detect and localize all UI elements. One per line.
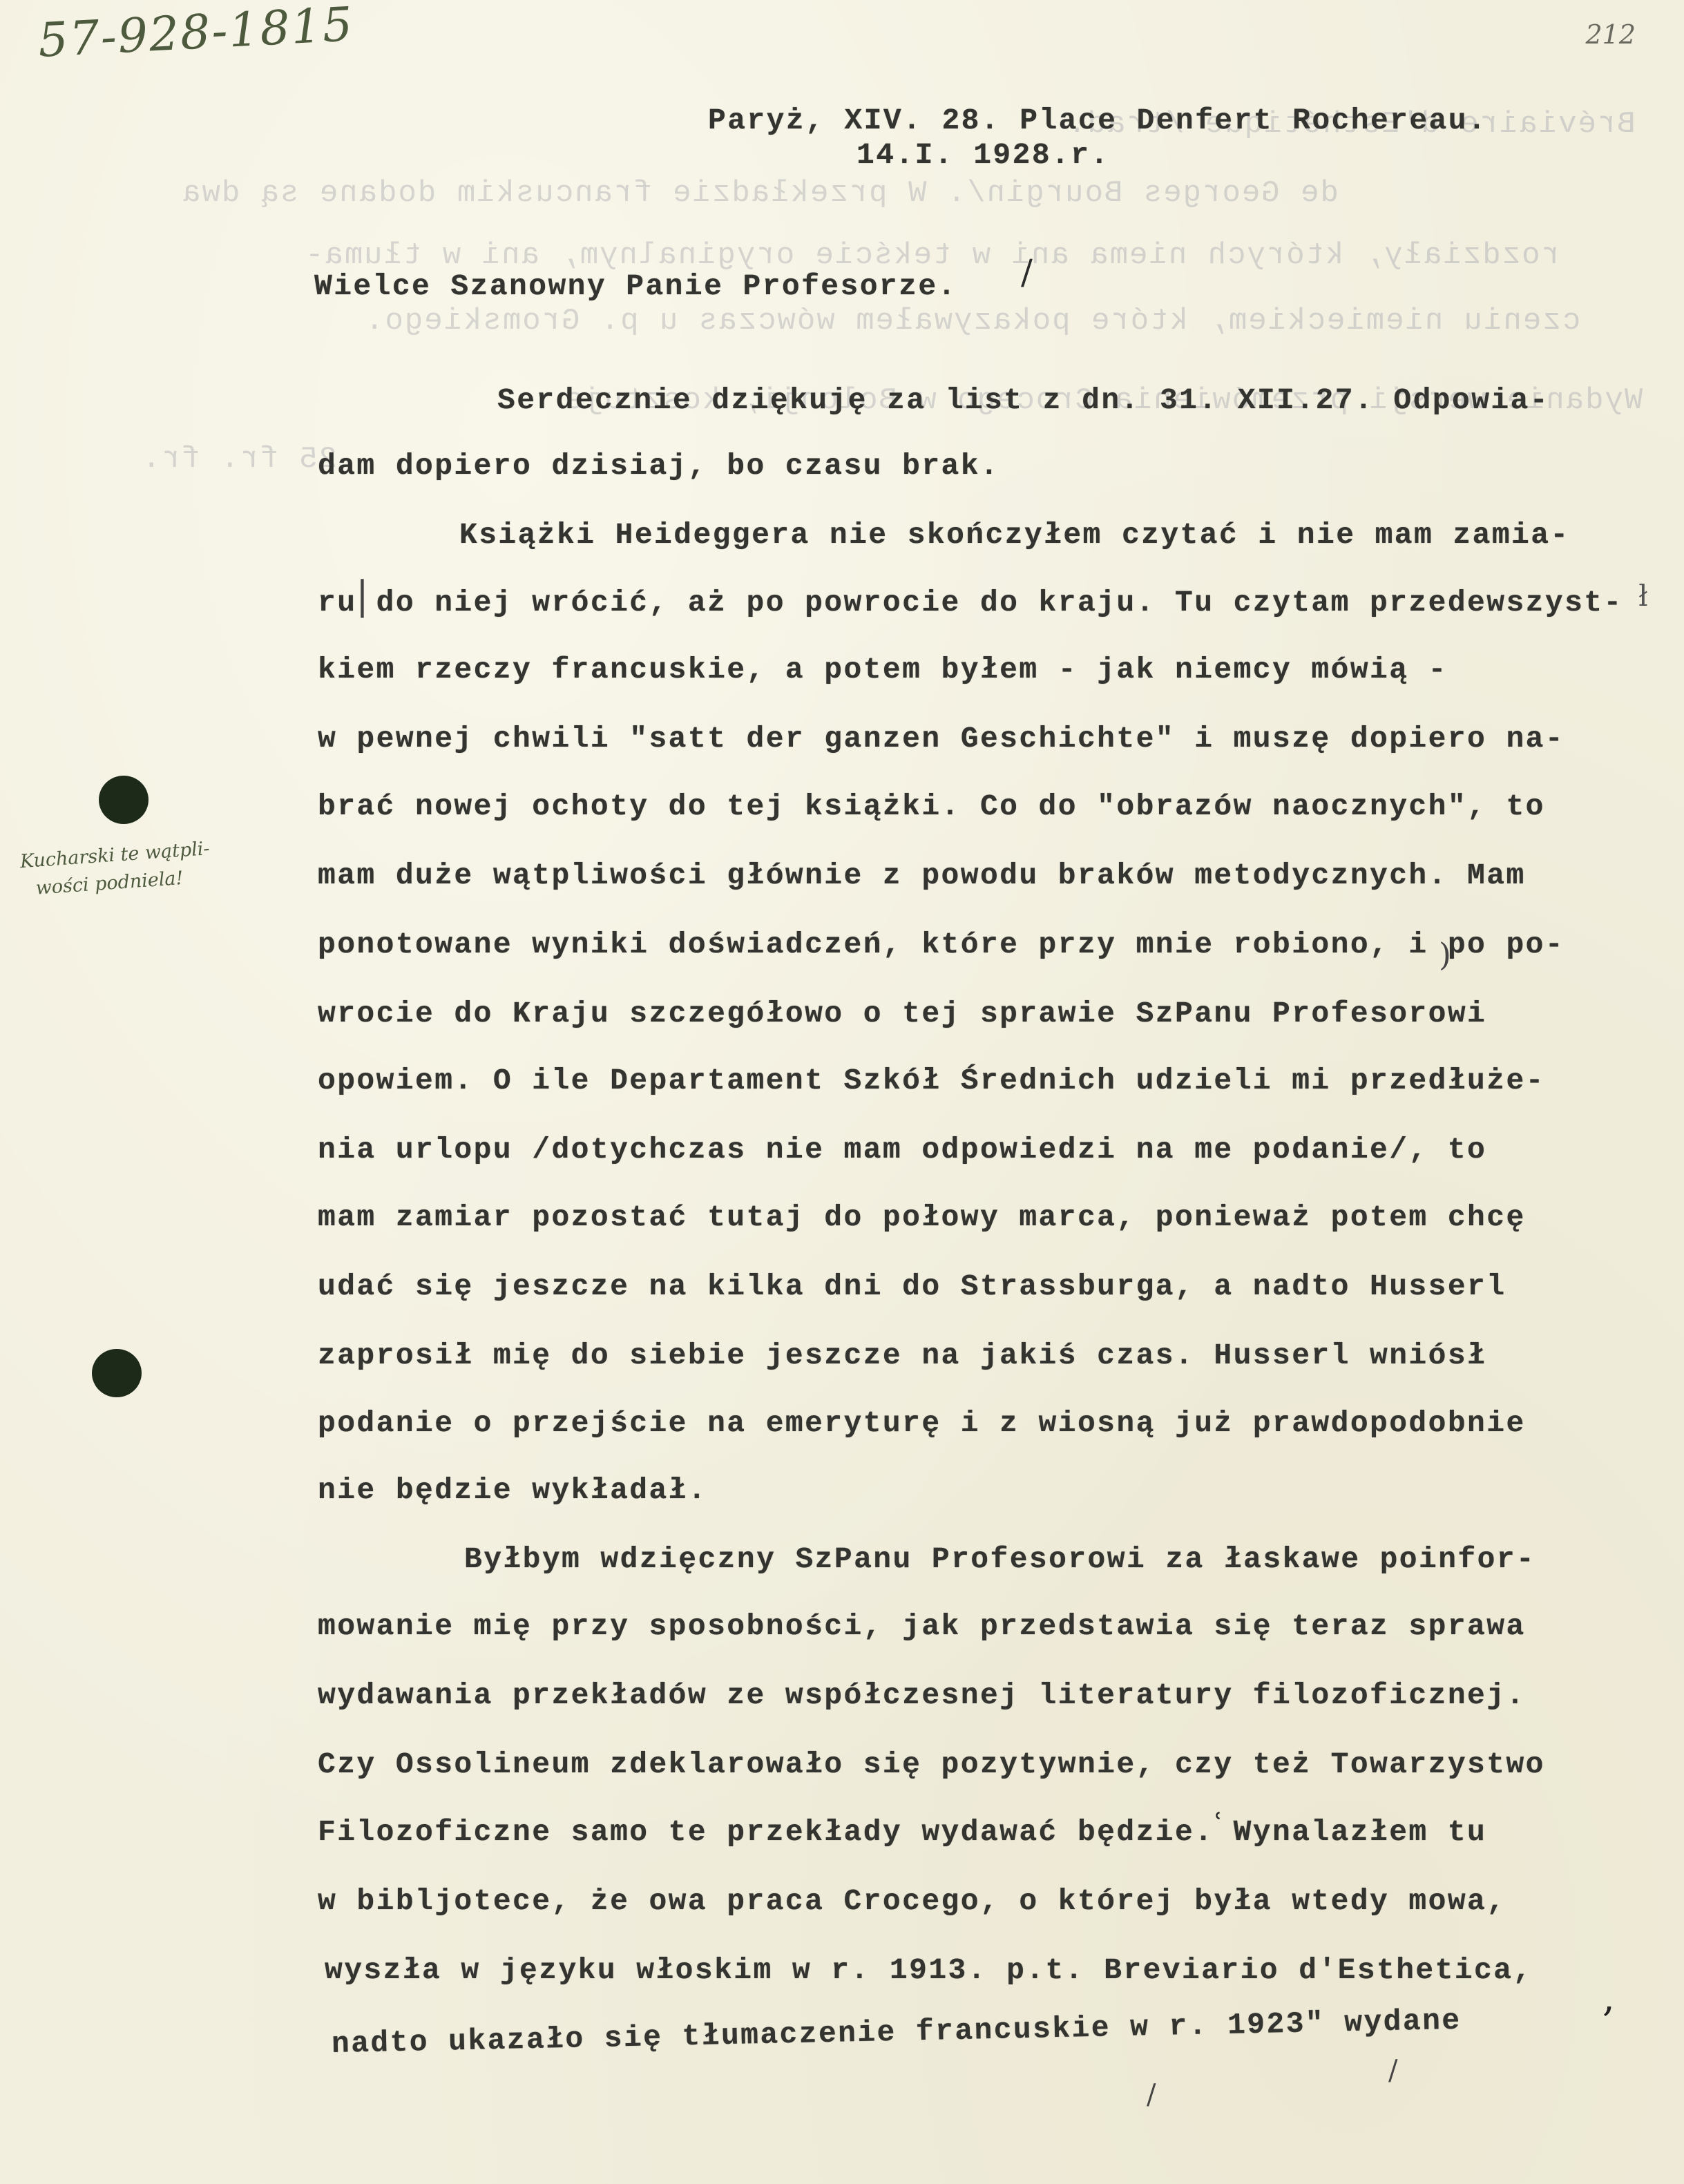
correction-mark: ) [1439,936,1451,973]
body-line: opowiem. O ile Departament Szkół Średnic… [318,1064,1545,1098]
body-line: nia urlopu /dotychczas nie mam odpowiedz… [318,1133,1486,1167]
body-line: wydawania przekładów ze współczesnej lit… [318,1678,1526,1712]
body-line: wyszła w języku włoskim w r. 1913. p.t. … [325,1953,1533,1987]
correction-mark: ł [1638,579,1648,613]
body-line: Książki Heideggera nie skończyłem czytać… [459,518,1570,552]
letter-date: 14.I. 1928.r. [857,138,1110,172]
body-line: mam duże wątpliwości głównie z powodu br… [318,859,1526,892]
punch-hole-top [99,776,149,824]
punch-hole-bottom [92,1349,142,1397]
bleed-through-line: 25 fr. fr. [141,442,337,477]
body-line: kiem rzeczy francuskie, a potem byłem - … [318,653,1448,687]
correction-mark: , [1602,1975,1615,2020]
body-line: w pewnej chwili "satt der ganzen Geschic… [318,722,1565,756]
correction-mark: | [356,573,369,618]
body-line: nie będzie wykładał. [318,1473,707,1507]
body-line: zaprosił mię do siebie jeszcze na jakiś … [318,1339,1486,1372]
body-line: Byłbym wdzięczny SzPanu Profesorowi za ł… [464,1542,1535,1576]
correction-mark: ʿ [1214,1808,1223,1840]
body-line: podanie o przejście na emeryturę i z wio… [318,1406,1526,1440]
bleed-through-line: rozdziały, których niema ani w tekście o… [304,238,1560,273]
correction-mark: / [1147,2079,1156,2111]
body-line: wrocie do Kraju szczegółowo o tej sprawi… [318,997,1486,1031]
salutation: Wielce Szanowny Panie Profesorze. [314,269,957,303]
body-line: ru do niej wrócić, aż po powrocie do kra… [318,586,1623,620]
bleed-through-line: de Georges Bourgin/. W przekładzie franc… [181,176,1339,211]
correction-mark: / [1388,2055,1397,2087]
body-line: Filozoficzne samo te przekłady wydawać b… [318,1815,1486,1849]
body-line: brać nowej ochoty do tej książki. Co do … [318,789,1545,823]
page-number: 212 [1585,19,1636,50]
body-line: mam zamiar pozostać tutaj do połowy marc… [318,1200,1526,1234]
body-line: Czy Ossolineum zdeklarowało się pozytywn… [318,1747,1545,1781]
body-line: w bibljotece, że owa praca Crocego, o kt… [318,1884,1506,1918]
body-line: ponotowane wyniki doświadczeń, które prz… [318,928,1565,961]
body-line: Serdecznie dziękuję za list z dn. 31. XI… [497,383,1549,417]
bleed-through-line: czeniu niemieckiem, które pokazywałem wó… [364,304,1580,338]
salutation-exclamation-mark: / [1021,252,1033,292]
sender-address: Paryż, XIV. 28. Place Denfert Rochereau. [708,104,1487,137]
body-line: udać się jeszcze na kilka dni do Strassb… [318,1270,1506,1303]
body-line: mowanie mię przy sposobności, jak przeds… [318,1609,1526,1643]
body-line: dam dopiero dzisiaj, bo czasu brak. [318,449,999,483]
